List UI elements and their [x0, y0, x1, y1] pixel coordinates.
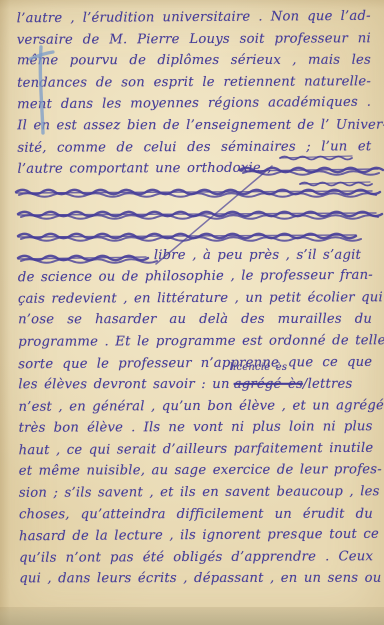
manuscript-line-with-correction: les élèves devront savoir : un agrégé ès… [18, 374, 372, 396]
manuscript-line-with-deletion: l’autre comportant une orthodoxie , [17, 157, 371, 180]
manuscript-line: sion ; s’ils savent , et ils en savent b… [19, 481, 373, 504]
manuscript-line: qui , dans leurs écrits , dépassant , en… [19, 568, 373, 590]
manuscript-line: sité, comme de celui des séminaires ; l’… [17, 136, 371, 159]
obliterated-line [18, 222, 372, 245]
manuscript-line: l’autre , l’érudition universitaire . No… [17, 6, 371, 30]
struck-text: agrégé èslicencié ès [234, 374, 303, 396]
obliterated-line [17, 179, 371, 203]
manuscript-line: hasard de la lecture , ils ignorent pres… [19, 524, 373, 548]
manuscript-line: et même nuisible, au sage exercice de le… [19, 460, 373, 483]
manuscript-line: sorte que le professeur n’apprenne que c… [18, 351, 372, 375]
manuscript-line-after-deletion: libre , à peu près , s’il s’agit [18, 244, 372, 266]
manuscript-line: ment dans les moyennes régions académiqu… [17, 92, 371, 116]
correction-before-text: les élèves devront savoir : un [18, 377, 229, 392]
paper-bottom-edge [0, 607, 384, 625]
manuscript-line: très bon élève . Ils ne vont ni plus loi… [19, 417, 373, 440]
manuscript-line: çais redevient , en littérature , un pet… [18, 287, 372, 310]
manuscript-line: même pourvu de diplômes sérieux , mais l… [17, 50, 371, 72]
manuscript-line: n’ose se hasarder au delà des murailles … [18, 309, 372, 331]
manuscript-line: programme . Et le programme est ordonné … [18, 330, 372, 353]
correction-after-text: /lettres [303, 377, 353, 392]
manuscript-line: qu’ils n’ont pas été obligés d’apprendre… [19, 546, 373, 569]
manuscript-text-block: l’autre , l’érudition universitaire . No… [17, 6, 374, 591]
manuscript-page: l’autre , l’érudition universitaire . No… [0, 0, 384, 625]
manuscript-line: n’est , en général , qu’un bon élève , e… [18, 395, 372, 418]
manuscript-line: haut , ce qui serait d’ailleurs parfaite… [19, 438, 373, 462]
manuscript-line: tendances de son esprit le retiennent na… [17, 71, 371, 94]
manuscript-line: choses, qu’atteindra difficilement un ér… [19, 503, 373, 525]
interlinear-insertion: licencié ès [230, 363, 288, 373]
manuscript-line: de science ou de philosophie , le profes… [18, 265, 372, 289]
manuscript-line: versaire de M. Pierre Louys soit profess… [17, 28, 371, 51]
obliterated-line [18, 201, 372, 224]
manuscript-line: Il en est assez bien de l’enseignement d… [17, 115, 371, 137]
